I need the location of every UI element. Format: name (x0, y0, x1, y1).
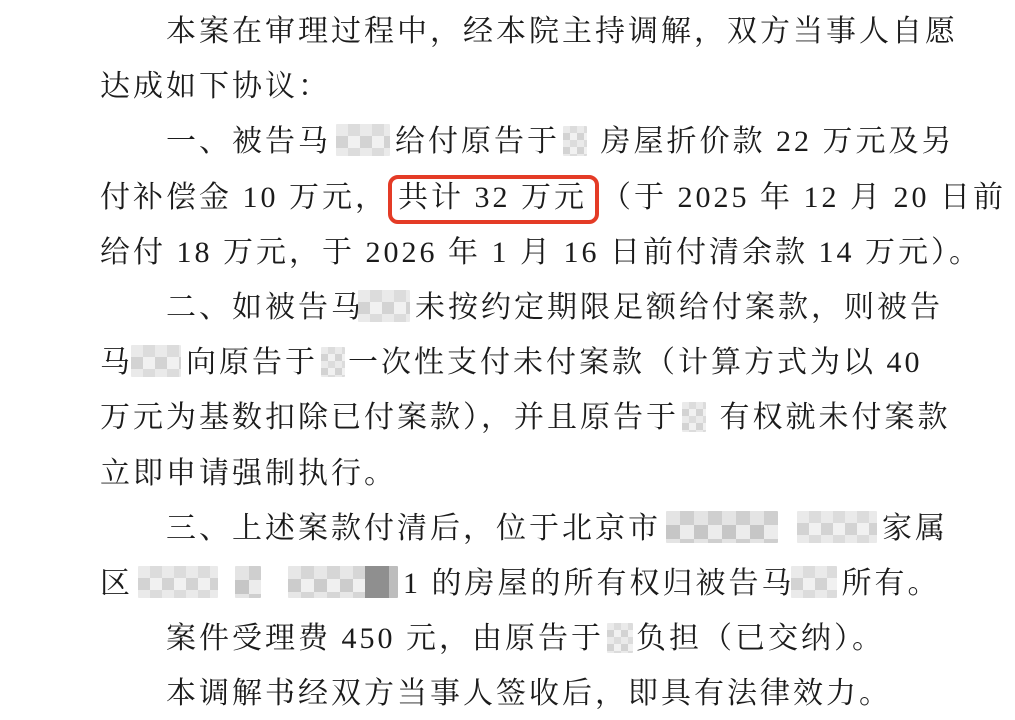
text-segment: 万元为基数扣除已付案款），并且原告于 (100, 401, 679, 434)
redaction-block (797, 511, 877, 543)
text-line: 给付 18 万元，于 2026 年 1 月 16 日前付清余款 14 万元）。 (100, 225, 960, 280)
text-segment: 本案在审理过程中，经本院主持调解，双方当事人自愿 (166, 15, 958, 48)
text-segment: 本调解书经双方当事人签收后，即具有法律效力。 (166, 677, 892, 710)
text-line: 本调解书经双方当事人签收后，即具有法律效力。 (100, 666, 960, 720)
text-segment: 1 的房屋的所有权归被告马 (403, 567, 795, 600)
text-segment: 给付原告于 (395, 125, 560, 158)
text-line: 万元为基数扣除已付案款），并且原告于 有权就未付案款 (100, 390, 960, 445)
redaction-block (682, 402, 706, 432)
mediation-document-page: 本案在审理过程中，经本院主持调解，双方当事人自愿 达成如下协议： 一、被告马给付… (0, 0, 1015, 720)
redaction-block (138, 566, 218, 598)
text-segment: 向原告于 (186, 346, 318, 379)
text-line: 马向原告于一次性支付未付案款（计算方式为以 40 (100, 335, 960, 390)
text-segment: 一次性支付未付案款（计算方式为以 40 (348, 346, 923, 379)
text-segment: 立即申请强制执行。 (100, 457, 397, 490)
redaction-block (235, 566, 261, 598)
redaction-block (321, 347, 345, 377)
text-segment: 案件受理费 450 元，由原告于 (166, 622, 604, 655)
text-segment: 马 (100, 346, 133, 379)
text-line: 达成如下协议： (100, 59, 960, 114)
redaction-block (563, 126, 587, 156)
redaction-block (791, 566, 837, 598)
text-segment: 负担（已交纳）。 (636, 622, 885, 655)
text-line: 二、如被告马未按约定期限足额给付案款，则被告 (100, 280, 960, 335)
redaction-block (288, 566, 398, 598)
text-segment: 有权就未付案款 (720, 401, 951, 434)
text-line: 三、上述案款付清后，位于北京市家属 (100, 501, 960, 556)
redaction-block (607, 623, 633, 653)
text-segment: 付补偿金 10 万元， (100, 181, 388, 214)
redaction-block (358, 290, 410, 322)
text-line: 立即申请强制执行。 (100, 446, 960, 501)
text-line: 本案在审理过程中，经本院主持调解，双方当事人自愿 (100, 4, 960, 59)
text-segment: 二、如被告马 (166, 291, 364, 324)
text-segment: 所有。 (842, 567, 941, 600)
text-segment: 未按约定期限足额给付案款，则被告 (415, 291, 943, 324)
text-line: 区1 的房屋的所有权归被告马所有。 (100, 556, 960, 611)
text-segment: 房屋折价款 22 万元及另 (601, 125, 955, 158)
text-segment: 给付 18 万元，于 2026 年 1 月 16 日前付清余款 14 万元）。 (100, 236, 982, 269)
text-line: 案件受理费 450 元，由原告于负担（已交纳）。 (100, 611, 960, 666)
text-segment: 三、上述案款付清后，位于北京市 (166, 512, 661, 545)
text-segment: 区 (100, 567, 133, 600)
text-segment: 一、被告马 (166, 125, 331, 158)
redaction-block (666, 511, 778, 543)
text-segment: 达成如下协议： (100, 70, 331, 103)
highlight-red-box: 共计 32 万元 (388, 175, 599, 224)
redaction-block (131, 345, 181, 377)
text-segment: 家属 (882, 512, 948, 545)
text-segment: （于 2025 年 12 月 20 日前 (601, 181, 1006, 214)
text-line: 一、被告马给付原告于 房屋折价款 22 万元及另 (100, 114, 960, 169)
redaction-block (336, 124, 390, 156)
text-line: 付补偿金 10 万元，共计 32 万元（于 2025 年 12 月 20 日前 (100, 170, 960, 225)
